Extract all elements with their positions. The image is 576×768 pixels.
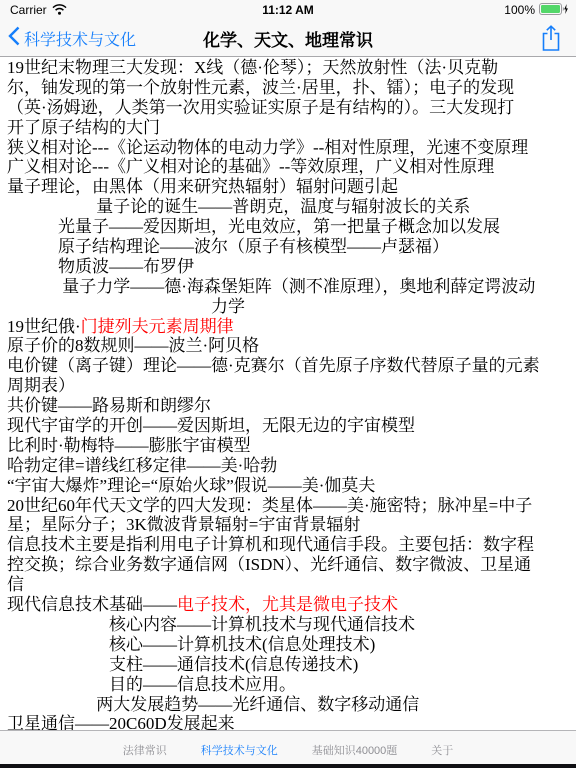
tab-bar: 法律常识科学技术与文化基础知识40000题关于 bbox=[0, 730, 576, 768]
text-segment: 光量子——爱因斯坦，光电效应，第一把量子概念加以发展 bbox=[7, 217, 500, 236]
tab-law-knowledge[interactable]: 法律常识 bbox=[123, 742, 167, 758]
text-segment: 信息技术主要是指利用电子计算机和现代通信手段。主要包括：数字程 bbox=[7, 535, 534, 554]
text-line: 原子价的8数规则——波兰·阿贝格 bbox=[7, 336, 572, 356]
text-segment: 量子理论，由黑体（用来研究热辐射）辐射问题引起 bbox=[7, 177, 398, 196]
tab-basic-knowledge-40000[interactable]: 基础知识40000题 bbox=[312, 742, 398, 758]
text-segment: 力学 bbox=[7, 297, 245, 316]
share-icon bbox=[540, 39, 562, 56]
text-segment: 原子价的8数规则——波兰·阿贝格 bbox=[7, 336, 259, 355]
text-segment: 星；星际分子；3K微波背景辐射=宇宙背景辐射 bbox=[7, 515, 360, 534]
clock: 11:12 AM bbox=[0, 0, 576, 20]
text-line: 原子结构理论——波尔（原子有核模型——卢瑟福） bbox=[7, 237, 572, 257]
status-right: 100% bbox=[504, 0, 568, 20]
text-segment: 信 bbox=[7, 575, 24, 594]
text-segment: （英·汤姆逊，人类第一次用实验证实原子是有结构的）。三大发现打 bbox=[7, 98, 514, 117]
back-button-label: 科学技术与文化 bbox=[24, 27, 136, 50]
tab-science-tech-culture[interactable]: 科学技术与文化 bbox=[201, 742, 278, 758]
text-segment: 狭义相对论---《论运动物体的电动力学》--相对性原理，光速不变原理 bbox=[7, 138, 528, 157]
text-line: 光量子——爱因斯坦，光电效应，第一把量子概念加以发展 bbox=[7, 217, 572, 237]
text-line: 现代宇宙学的开创——爱因斯坦，无限无边的宇宙模型 bbox=[7, 416, 572, 436]
text-segment: 现代宇宙学的开创——爱因斯坦，无限无边的宇宙模型 bbox=[7, 416, 415, 435]
text-line: 信 bbox=[7, 575, 572, 595]
text-segment: 19世纪俄· bbox=[7, 317, 81, 336]
share-button[interactable] bbox=[540, 25, 562, 57]
status-bar: Carrier 11:12 AM 100% bbox=[0, 0, 576, 20]
text-segment: 现代信息技术基础—— bbox=[7, 595, 177, 614]
tab-items: 法律常识科学技术与文化基础知识40000题关于 bbox=[0, 730, 576, 764]
text-line: 两大发展趋势——光纤通信、数字移动通信 bbox=[7, 695, 572, 715]
text-segment: 原子结构理论——波尔（原子有核模型——卢瑟福） bbox=[7, 237, 449, 256]
text-line: 哈勃定律=谱线红移定律——美·哈勃 bbox=[7, 456, 572, 476]
text-line: 量子力学——德·海森堡矩阵（测不准原理），奥地利薛定谔波动 bbox=[7, 277, 572, 297]
text-segment: 共价键——路易斯和朗缪尔 bbox=[7, 396, 211, 415]
text-segment: 量子力学——德·海森堡矩阵（测不准原理），奥地利薛定谔波动 bbox=[7, 277, 535, 296]
text-segment: 广义相对论---《广义相对论的基础》--等效原理，广义相对性原理 bbox=[7, 157, 494, 176]
text-segment: 哈勃定律=谱线红移定律——美·哈勃 bbox=[7, 456, 277, 475]
text-segment: 20世纪60年代天文学的四大发现：类星体——美·施密特；脉冲星=中子 bbox=[7, 496, 532, 515]
text-segment: 尔，铀发现的第一个放射性元素，波兰·居里，扑、镭）；电子的发现 bbox=[7, 78, 514, 97]
text-line: 19世纪俄·门捷列夫元素周期律 bbox=[7, 317, 572, 337]
text-line: 周期表） bbox=[7, 376, 572, 396]
highlighted-text: 门捷列夫元素周期律 bbox=[81, 317, 234, 336]
text-segment: 控交换；综合业务数字通信网（ISDN）、光纤通信、数字微波、卫星通 bbox=[7, 555, 531, 574]
text-line: 量子理论，由黑体（用来研究热辐射）辐射问题引起 bbox=[7, 177, 572, 197]
app-screen: Carrier 11:12 AM 100% bbox=[0, 0, 576, 768]
page-title: 化学、天文、地理常识 bbox=[203, 20, 373, 56]
text-line: 现代信息技术基础——电子技术，尤其是微电子技术 bbox=[7, 595, 572, 615]
back-button[interactable]: 科学技术与文化 bbox=[8, 20, 136, 56]
text-line: 核心内容——计算机技术与现代通信技术 bbox=[7, 615, 572, 635]
text-line: 比利时·勒梅特——膨胀宇宙模型 bbox=[7, 436, 572, 456]
highlighted-text: 电子技术，尤其是微电子技术 bbox=[177, 595, 398, 614]
text-line: 控交换；综合业务数字通信网（ISDN）、光纤通信、数字微波、卫星通 bbox=[7, 555, 572, 575]
text-segment: 核心——计算机技术(信息处理技术) bbox=[7, 635, 375, 654]
text-line: 信息技术主要是指利用电子计算机和现代通信手段。主要包括：数字程 bbox=[7, 535, 572, 555]
text-line: 广义相对论---《广义相对论的基础》--等效原理，广义相对性原理 bbox=[7, 157, 572, 177]
text-segment: 物质波——布罗伊 bbox=[7, 257, 194, 276]
text-segment: 比利时·勒梅特——膨胀宇宙模型 bbox=[7, 436, 251, 455]
text-line: 尔，铀发现的第一个放射性元素，波兰·居里，扑、镭）；电子的发现 bbox=[7, 78, 572, 98]
bottom-strip bbox=[0, 764, 576, 768]
text-segment: 目的——信息技术应用。 bbox=[7, 675, 296, 694]
navigation-bar: 科学技术与文化 化学、天文、地理常识 bbox=[0, 20, 576, 57]
text-line: 共价键——路易斯和朗缪尔 bbox=[7, 396, 572, 416]
text-segment: 核心内容——计算机技术与现代通信技术 bbox=[7, 615, 415, 634]
text-line: 目的——信息技术应用。 bbox=[7, 675, 572, 695]
text-line: 物质波——布罗伊 bbox=[7, 257, 572, 277]
chevron-left-icon bbox=[8, 26, 20, 51]
text-line: “宇宙大爆炸”理论=“原始火球”假说——美·伽莫夫 bbox=[7, 476, 572, 496]
text-line: 力学 bbox=[7, 297, 572, 317]
text-line: 开了原子结构的大门 bbox=[7, 118, 572, 138]
text-segment: 量子论的诞生——普朗克，温度与辐射波长的关系 bbox=[7, 197, 470, 216]
text-line: 狭义相对论---《论运动物体的电动力学》--相对性原理，光速不变原理 bbox=[7, 138, 572, 158]
text-line: （英·汤姆逊，人类第一次用实验证实原子是有结构的）。三大发现打 bbox=[7, 98, 572, 118]
text-segment: “宇宙大爆炸”理论=“原始火球”假说——美·伽莫夫 bbox=[7, 476, 375, 495]
text-line: 核心——计算机技术(信息处理技术) bbox=[7, 635, 572, 655]
battery-percent-label: 100% bbox=[504, 3, 535, 17]
text-line: 量子论的诞生——普朗克，温度与辐射波长的关系 bbox=[7, 197, 572, 217]
text-segment: 电价键（离子键）理论——德·克赛尔（首先原子序数代替原子量的元素 bbox=[7, 356, 540, 375]
text-line: 电价键（离子键）理论——德·克赛尔（首先原子序数代替原子量的元素 bbox=[7, 356, 572, 376]
text-segment: 开了原子结构的大门 bbox=[7, 118, 160, 137]
text-line: 19世纪末物理三大发现：X线（德·伦琴）；天然放射性（法·贝克勒 bbox=[7, 58, 572, 78]
text-line: 20世纪60年代天文学的四大发现：类星体——美·施密特；脉冲星=中子 bbox=[7, 496, 572, 516]
battery-icon bbox=[539, 3, 568, 18]
text-segment: 两大发展趋势——光纤通信、数字移动通信 bbox=[7, 695, 419, 714]
text-line: 支柱——通信技术(信息传递技术) bbox=[7, 655, 572, 675]
text-segment: 19世纪末物理三大发现：X线（德·伦琴）；天然放射性（法·贝克勒 bbox=[7, 58, 498, 77]
text-line: 星；星际分子；3K微波背景辐射=宇宙背景辐射 bbox=[7, 515, 572, 535]
tab-about[interactable]: 关于 bbox=[431, 742, 453, 758]
text-segment: 周期表） bbox=[7, 376, 75, 395]
text-segment: 支柱——通信技术(信息传递技术) bbox=[7, 655, 358, 674]
document-body[interactable]: 19世纪末物理三大发现：X线（德·伦琴）；天然放射性（法·贝克勒尔，铀发现的第一… bbox=[0, 57, 576, 768]
